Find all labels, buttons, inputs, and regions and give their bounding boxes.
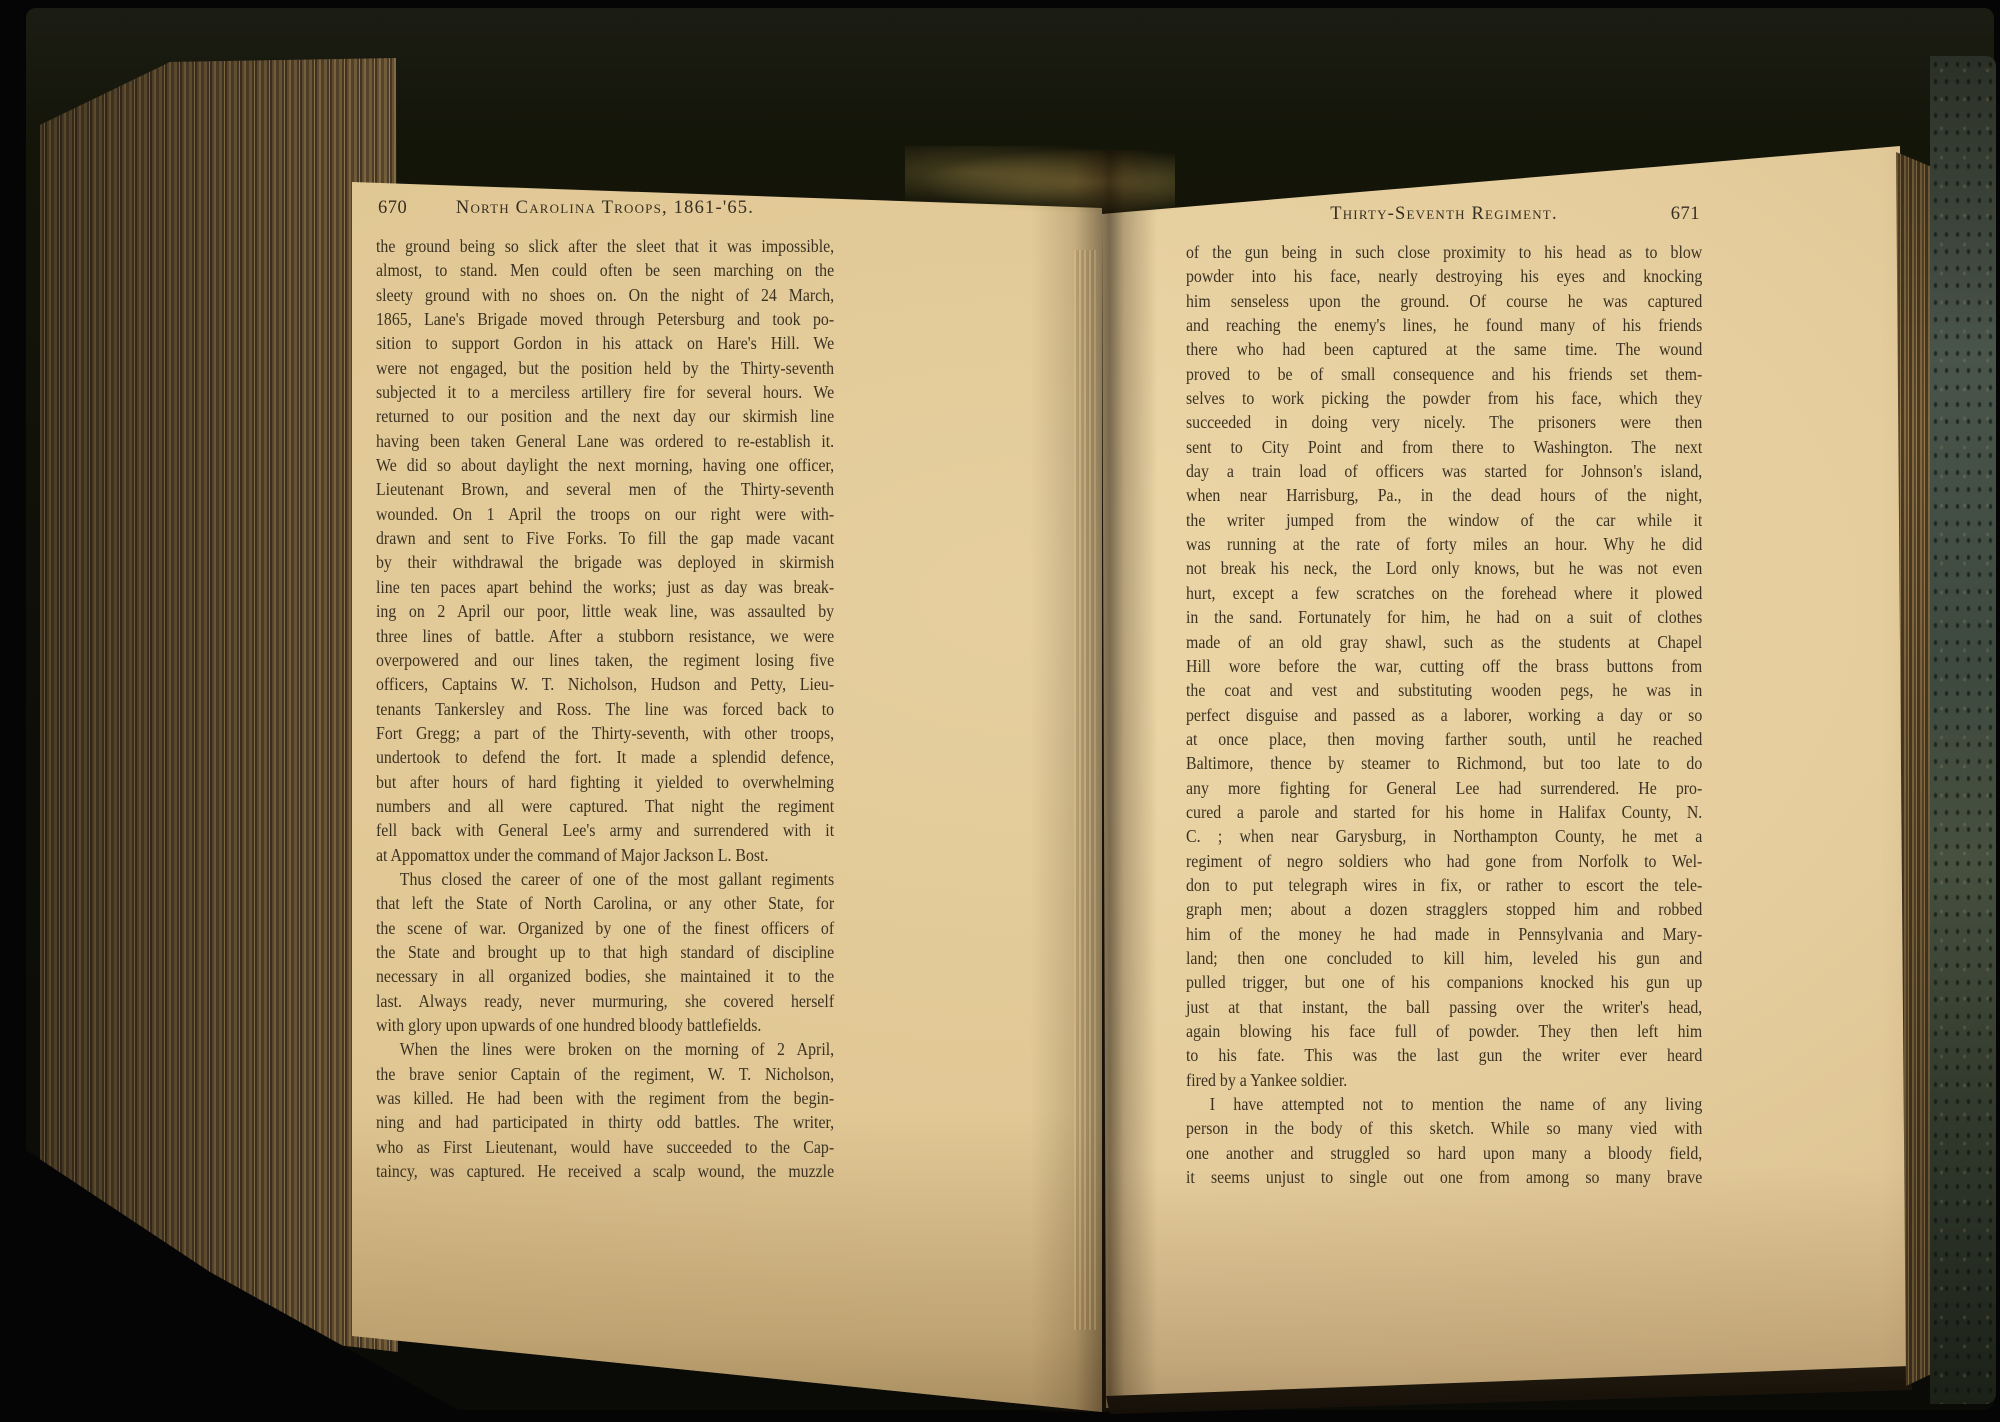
right-cover-board <box>1930 56 1996 1404</box>
text-line: sent to City Point and from there to Was… <box>1186 435 1702 459</box>
text-line: regiment of negro soldiers who had gone … <box>1186 849 1702 873</box>
text-line: graph men; about a dozen stragglers stop… <box>1186 897 1702 921</box>
text-line: the ground being so slick after the slee… <box>376 234 834 258</box>
text-line: Baltimore, thence by steamer to Richmond… <box>1186 751 1702 775</box>
text-line: subjected it to a merciless artillery fi… <box>376 380 834 404</box>
text-line: almost, to stand. Men could often be see… <box>376 258 834 282</box>
text-line: to his fate. This was the last gun the w… <box>1186 1043 1702 1067</box>
text-line: who as First Lieutenant, would have succ… <box>376 1135 834 1159</box>
text-line: the coat and vest and substituting woode… <box>1186 678 1702 702</box>
text-line: that left the State of North Carolina, o… <box>376 891 834 915</box>
text-line: I have attempted not to mention the name… <box>1186 1092 1702 1116</box>
text-line: any more fighting for General Lee had su… <box>1186 776 1702 800</box>
text-line: 1865, Lane's Brigade moved through Peter… <box>376 307 834 331</box>
text-line: necessary in all organized bodies, she m… <box>376 964 834 988</box>
text-line: just at that instant, the ball passing o… <box>1186 995 1702 1019</box>
left-header-title: North Carolina Troops, 1861-'65. <box>456 198 754 218</box>
gutter-shadow <box>1030 150 1180 1412</box>
text-line: one another and struggled so hard upon m… <box>1186 1141 1702 1165</box>
text-line: the scene of war. Organized by one of th… <box>376 916 834 940</box>
text-line: land; then one concluded to kill him, le… <box>1186 946 1702 970</box>
text-line: having been taken General Lane was order… <box>376 429 834 453</box>
text-line: person in the body of this sketch. While… <box>1186 1116 1702 1140</box>
text-line: taincy, was captured. He received a scal… <box>376 1159 834 1183</box>
text-line: it seems unjust to single out one from a… <box>1186 1165 1702 1189</box>
text-line: three lines of battle. After a stubborn … <box>376 624 834 648</box>
text-line: last. Always ready, never murmuring, she… <box>376 989 834 1013</box>
text-line: wounded. On 1 April the troops on our ri… <box>376 502 834 526</box>
text-line: at Appomattox under the command of Major… <box>376 843 834 867</box>
left-body-text: the ground being so slick after the slee… <box>376 234 834 1183</box>
text-line: of the gun being in such close proximity… <box>1186 240 1702 264</box>
book-photo: 670 North Carolina Troops, 1861-'65. the… <box>0 0 2000 1422</box>
text-line: and reaching the enemy's lines, he found… <box>1186 313 1702 337</box>
text-line: numbers and all were captured. That nigh… <box>376 794 834 818</box>
text-line: overpowered and our lines taken, the reg… <box>376 648 834 672</box>
text-line: undertook to defend the fort. It made a … <box>376 745 834 769</box>
text-line: were not engaged, but the position held … <box>376 356 834 380</box>
text-line: returned to our position and the next da… <box>376 404 834 428</box>
text-line: not break his neck, the Lord only knows,… <box>1186 556 1702 580</box>
text-line: there who had been captured at the same … <box>1186 337 1702 361</box>
text-line: him of the money he had made in Pennsylv… <box>1186 922 1702 946</box>
text-line: Thus closed the career of one of the mos… <box>376 867 834 891</box>
text-line: Hill wore before the war, cutting off th… <box>1186 654 1702 678</box>
text-line: sleety ground with no shoes on. On the n… <box>376 283 834 307</box>
left-page-number: 670 <box>378 198 407 219</box>
text-line: officers, Captains W. T. Nicholson, Huds… <box>376 672 834 696</box>
text-line: sition to support Gordon in his attack o… <box>376 331 834 355</box>
text-line: with glory upon upwards of one hundred b… <box>376 1013 834 1037</box>
text-line: the writer jumped from the window of the… <box>1186 508 1702 532</box>
text-line: line ten paces apart behind the works; j… <box>376 575 834 599</box>
text-line: ning and had participated in thirty odd … <box>376 1110 834 1134</box>
gutter-page-edges <box>1074 250 1096 1330</box>
text-line: perfect disguise and passed as a laborer… <box>1186 703 1702 727</box>
text-line: fell back with General Lee's army and su… <box>376 818 834 842</box>
text-line: Lieutenant Brown, and several men of the… <box>376 477 834 501</box>
text-line: don to put telegraph wires in fix, or ra… <box>1186 873 1702 897</box>
text-line: We did so about daylight the next mornin… <box>376 453 834 477</box>
text-line: made of an old gray shawl, such as the s… <box>1186 630 1702 654</box>
text-line: the brave senior Captain of the regiment… <box>376 1062 834 1086</box>
text-line: cured a parole and started for his home … <box>1186 800 1702 824</box>
text-line: hurt, except a few scratches on the fore… <box>1186 581 1702 605</box>
right-page-number: 671 <box>1671 204 1700 225</box>
text-line: selves to work picking the powder from h… <box>1186 386 1702 410</box>
text-line: pulled trigger, but one of his companion… <box>1186 970 1702 994</box>
text-line: ing on 2 April our poor, little weak lin… <box>376 599 834 623</box>
text-line: but after hours of hard fighting it yiel… <box>376 770 834 794</box>
right-body-text: of the gun being in such close proximity… <box>1186 240 1702 1189</box>
text-line: day a train load of officers was started… <box>1186 459 1702 483</box>
text-line: the State and brought up to that high st… <box>376 940 834 964</box>
right-page-text: Thirty-Seventh Regiment. 671 of the gun … <box>1186 204 1702 1189</box>
text-line: proved to be of small consequence and hi… <box>1186 362 1702 386</box>
text-line: was killed. He had been with the regimen… <box>376 1086 834 1110</box>
text-line: drawn and sent to Five Forks. To fill th… <box>376 526 834 550</box>
text-line: at once place, then moving farther south… <box>1186 727 1702 751</box>
text-line: him senseless upon the ground. Of course… <box>1186 289 1702 313</box>
left-running-header: 670 North Carolina Troops, 1861-'65. <box>376 198 834 224</box>
text-line: again blowing his face full of powder. T… <box>1186 1019 1702 1043</box>
left-page-text: 670 North Carolina Troops, 1861-'65. the… <box>376 198 834 1183</box>
text-line: when near Harrisburg, Pa., in the dead h… <box>1186 483 1702 507</box>
text-line: in the sand. Fortunately for him, he had… <box>1186 605 1702 629</box>
text-line: tenants Tankersley and Ross. The line wa… <box>376 697 834 721</box>
text-line: Fort Gregg; a part of the Thirty-seventh… <box>376 721 834 745</box>
text-line: fired by a Yankee soldier. <box>1186 1068 1702 1092</box>
text-line: powder into his face, nearly destroying … <box>1186 264 1702 288</box>
text-line: When the lines were broken on the mornin… <box>376 1037 834 1061</box>
text-line: succeeded in doing very nicely. The pris… <box>1186 410 1702 434</box>
text-line: by their withdrawal the brigade was depl… <box>376 550 834 574</box>
right-running-header: Thirty-Seventh Regiment. 671 <box>1186 204 1702 230</box>
text-line: C. ; when near Garysburg, in Northampton… <box>1186 824 1702 848</box>
right-header-title: Thirty-Seventh Regiment. <box>1330 204 1558 224</box>
text-line: was running at the rate of forty miles a… <box>1186 532 1702 556</box>
